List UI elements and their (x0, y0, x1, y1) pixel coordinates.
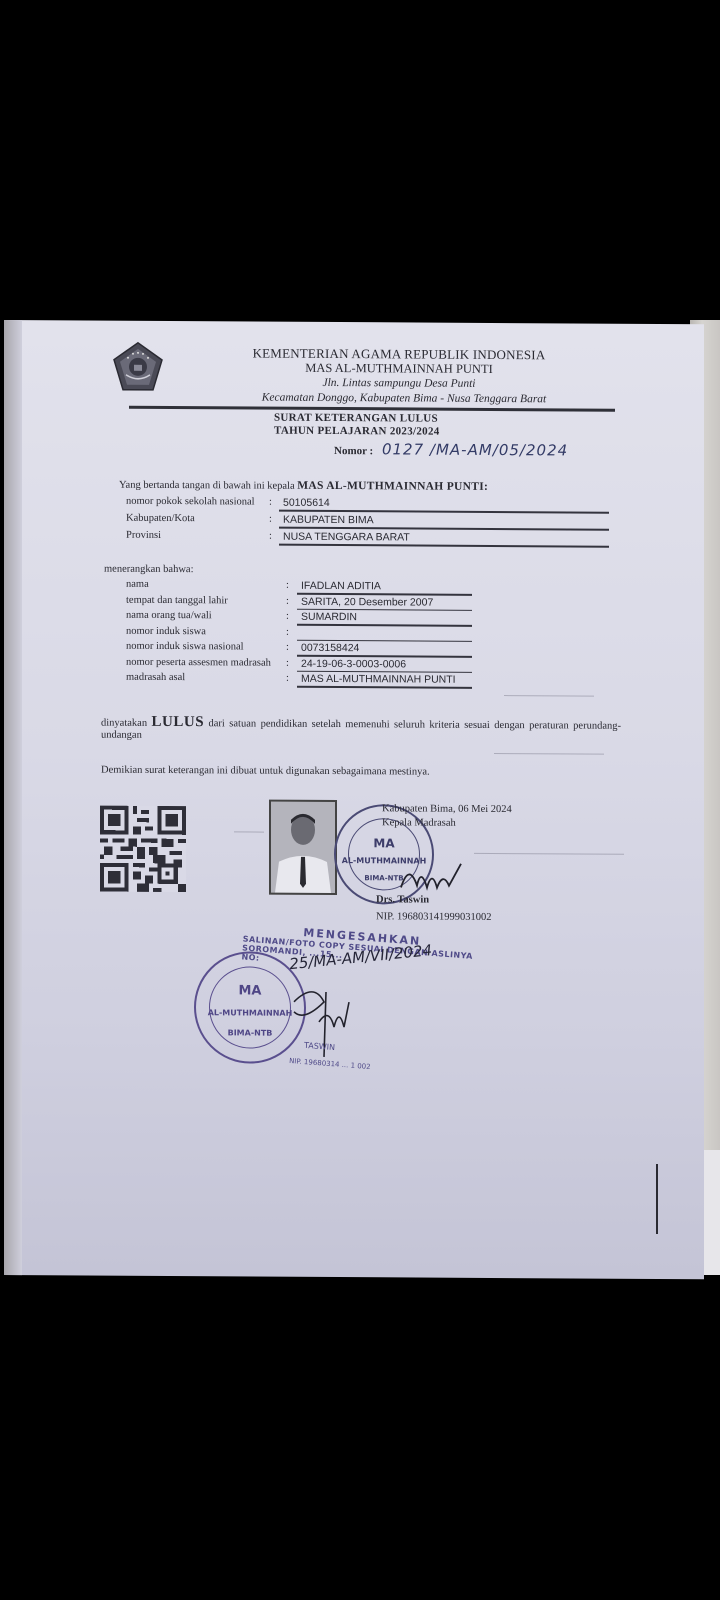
field-label: tempat dan tanggal lahir (126, 594, 228, 606)
field-value: 24-19-06-3-0003-0006 (301, 657, 406, 670)
field-colon: : (286, 611, 289, 622)
field-colon: : (269, 531, 272, 542)
explains-label: menerangkan bahwa: (104, 564, 194, 576)
faint-line (474, 853, 624, 855)
field-underline (297, 686, 472, 689)
intro-statement: Yang bertanda tangan di bawah ini kepala… (119, 479, 488, 493)
field-value: MAS AL-MUTHMAINNAH PUNTI (301, 673, 456, 686)
field-label: nama orang tua/wali (126, 610, 212, 622)
field-colon: : (286, 595, 289, 606)
letterhead: KEMENTERIAN AGAMA REPUBLIK INDONESIA MAS… (234, 345, 564, 407)
field-label: nomor induk siswa nasional (126, 641, 244, 653)
pen-mark (656, 1164, 658, 1234)
field-label: madrasah asal (126, 672, 185, 683)
school-district: Kecamatan Donggo, Kabupaten Bima - Nusa … (194, 390, 614, 408)
field-value: SARITA, 20 Desember 2007 (301, 595, 433, 608)
place-date: Kabupaten Bima, 06 Mei 2024 (382, 802, 512, 817)
closing-statement: Demikian surat keterangan ini dibuat unt… (101, 765, 430, 778)
field-value: 50105614 (283, 497, 330, 509)
field-label: Kabupaten/Kota (126, 513, 195, 524)
ministry-emblem-icon (112, 341, 164, 393)
field-value: SUMARDIN (301, 611, 357, 623)
student-photo (269, 800, 337, 895)
signer-nip: NIP. 196803141999031002 (376, 911, 492, 923)
signer-position: Kepala Madrasah (382, 816, 512, 831)
statement-prefix: dinyatakan (101, 718, 147, 729)
student-portrait-icon (271, 802, 335, 893)
certificate-paper: KEMENTERIAN AGAMA REPUBLIK INDONESIA MAS… (4, 320, 704, 1279)
field-value: IFADLAN ADITIA (301, 580, 381, 592)
certificate-title: SURAT KETERANGAN LULUS TAHUN PELAJARAN 2… (274, 412, 440, 439)
certificate-number: Nomor : 0127 /MA-AM/05/2024 (334, 440, 568, 459)
qr-code-icon (100, 806, 186, 893)
intro-school: MAS AL-MUTHMAINNAH PUNTI: (297, 480, 488, 493)
principal-signature-icon (399, 857, 469, 897)
field-underline (279, 544, 609, 548)
field-underline (297, 624, 472, 627)
pass-result: LULUS (152, 714, 205, 730)
signature-block: Kabupaten Bima, 06 Mei 2024 Kepala Madra… (382, 802, 512, 831)
field-colon: : (286, 642, 289, 653)
field-colon: : (269, 514, 272, 525)
field-label: nomor pokok sekolah nasional (126, 496, 255, 508)
field-value: NUSA TENGGARA BARAT (283, 531, 410, 544)
faint-line (504, 695, 594, 697)
field-value: 0073158424 (301, 642, 359, 654)
faint-line (494, 753, 604, 755)
field-colon: : (286, 626, 289, 637)
pass-statement: dinyatakan LULUS dari satuan pendidikan … (101, 716, 621, 745)
field-label: nomor peserta assesmen madrasah (126, 656, 271, 668)
field-colon: : (286, 673, 289, 684)
signer-name: Drs. Taswin (376, 894, 429, 905)
field-value: KABUPATEN BIMA (283, 514, 374, 527)
number-label: Nomor : (334, 445, 373, 457)
number-handwritten: 0127 /MA-AM/05/2024 (382, 440, 568, 459)
field-colon: : (286, 580, 289, 591)
field-underline (279, 527, 609, 531)
paper-edge-shadow (4, 320, 22, 1275)
title-line-1: SURAT KETERANGAN LULUS (274, 412, 440, 426)
field-colon: : (269, 497, 272, 508)
field-label: nomor induk siswa (126, 625, 206, 636)
faint-line (234, 831, 264, 832)
field-underline (279, 510, 609, 514)
field-label: Provinsi (126, 530, 161, 541)
ministry-name: KEMENTERIAN AGAMA REPUBLIK INDONESIA (234, 345, 564, 362)
intro-text: Yang bertanda tangan di bawah ini kepala (119, 480, 295, 492)
title-line-2: TAHUN PELAJARAN 2023/2024 (274, 425, 440, 439)
field-label: nama (126, 579, 149, 590)
field-colon: : (286, 657, 289, 668)
